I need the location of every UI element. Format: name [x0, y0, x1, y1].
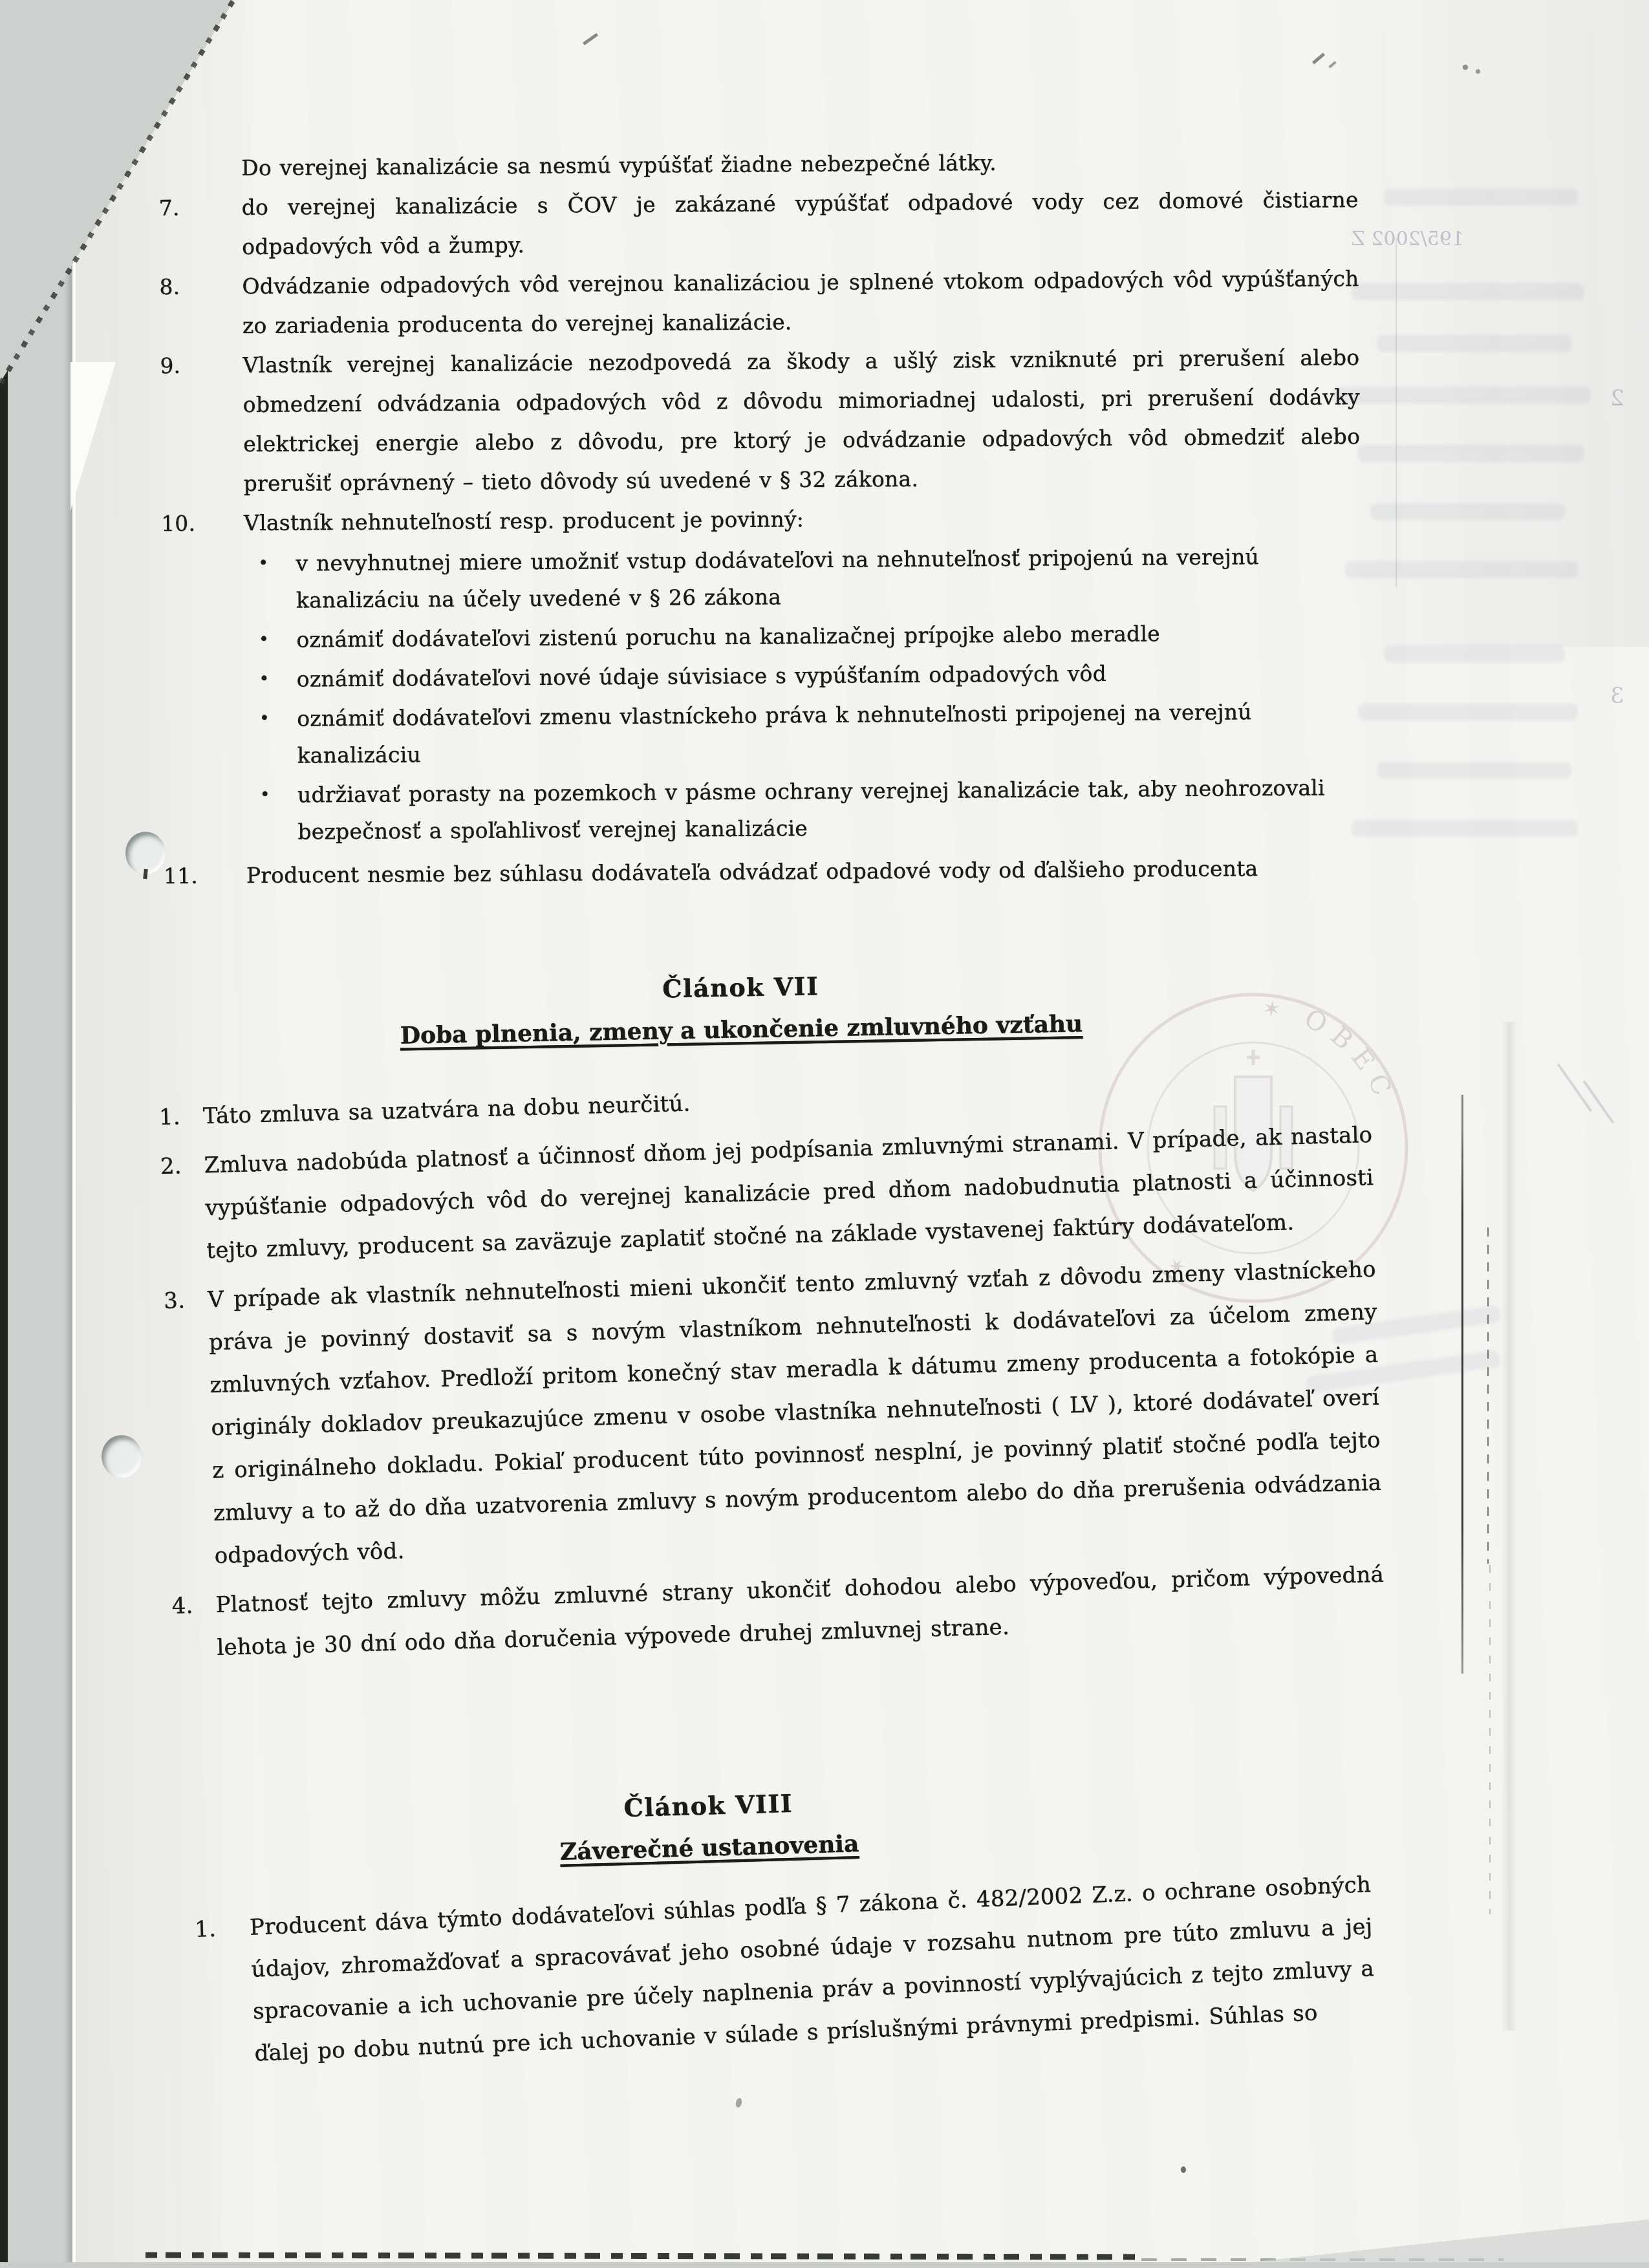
bullet-text: v nevyhnutnej miere umožniť vstup dodáva… [296, 537, 1361, 618]
article-7-item-2: 2. Zmluva nadobúda platnosť a účinnosť d… [160, 1114, 1375, 1273]
bleedthrough-smudge [1384, 645, 1565, 662]
bullet-item: • oznámiť dodávateľovi zistenú poruchu n… [162, 614, 1361, 659]
list-item-text: Odvádzanie odpadových vôd verejnou kanal… [242, 259, 1359, 345]
bleedthrough-smudge [1377, 335, 1571, 352]
bleedthrough-smudge [1377, 762, 1571, 779]
bullet-text: oznámiť dodávateľovi nové údaje súvisiac… [297, 653, 1362, 697]
scan-speck [1181, 2166, 1186, 2173]
list-item-text: Vlastník verejnej kanalizácie nezodpoved… [242, 338, 1361, 503]
list-item-text: do verejnej kanalizácie s ČOV je zakázan… [241, 180, 1359, 266]
bleedthrough-number: 3 [1610, 683, 1624, 709]
list-item-number: 1. [158, 1095, 204, 1139]
list-item-number: 9. [160, 345, 242, 385]
bleedthrough-smudge [1358, 704, 1578, 720]
bullet-icon: • [260, 777, 298, 850]
list-item-number: 2. [160, 1144, 205, 1188]
scanned-contract-page: 195/2002 Z 2 3 OBEC ✶ [0, 0, 1649, 2268]
obligation-bullets: • v nevyhnutnej miere umožniť vstup dodá… [161, 537, 1363, 851]
bullet-item: • oznámiť dodávateľovi nové údaje súvisi… [162, 653, 1362, 698]
bullet-text: oznámiť dodávateľovi zmenu vlastníckeho … [297, 693, 1363, 773]
bullet-item: • oznámiť dodávateľovi zmenu vlastníckeh… [162, 693, 1363, 775]
scan-speck [1463, 65, 1468, 70]
bleedthrough-line [1396, 238, 1397, 587]
list-item-number [158, 148, 241, 149]
bleedthrough-smudge [1352, 820, 1578, 837]
paper-crease-shadow [1502, 1022, 1517, 2031]
article-7-items: 1. Táto zmluva sa uzatvára na dobu neurč… [158, 1064, 1386, 1677]
scan-speck [1476, 69, 1480, 74]
bullet-icon: • [259, 700, 297, 774]
list-item-text: Zmluva nadobúda platnosť a účinnosť dňom… [204, 1114, 1375, 1272]
list-item-text: Vlastník nehnuteľností resp. producent j… [244, 495, 1361, 543]
list-item-11: 11. Producent nesmie bez súhlasu dodávat… [164, 848, 1363, 896]
list-item-number: 8. [159, 266, 242, 307]
vertical-crease-line [1461, 1095, 1463, 1674]
bleedthrough-number: 2 [1610, 385, 1624, 411]
list-item-text: V prípade ak vlastník nehnuteľnosti mien… [207, 1248, 1383, 1577]
list-item-number: 1. [194, 1907, 250, 1951]
bleedthrough-smudge [1371, 503, 1565, 520]
punch-hole [102, 1435, 142, 1478]
bullet-item: • v nevyhnutnej miere umožniť vstup dodá… [161, 537, 1361, 620]
list-item-7: 7. do verejnej kanalizácie s ČOV je zaká… [158, 180, 1359, 267]
list-item-text: Producent nesmie bez súhlasu dodávateľa … [246, 848, 1363, 895]
bleedthrough-smudge [1332, 387, 1591, 404]
continued-obligations-list: Do verejnej kanalizácie sa nesmú vypúšťa… [158, 140, 1363, 896]
bullet-text: udržiavať porasty na pozemkoch v pásme o… [297, 769, 1363, 850]
bleedthrough-smudge [1358, 445, 1584, 462]
bullet-icon: • [259, 621, 296, 658]
vertical-crease-dashes [1489, 1565, 1491, 1914]
bullet-icon: • [259, 661, 297, 698]
article-7-item-3: 3. V prípade ak vlastník nehnuteľnosti m… [163, 1248, 1383, 1579]
punch-hole [125, 832, 166, 874]
list-item-number: 7. [158, 188, 241, 228]
bleedthrough-smudge [1352, 283, 1584, 300]
vertical-crease-dashes [1487, 1227, 1489, 1564]
bleedthrough-text: 195/2002 Z [1352, 228, 1464, 250]
paper-edge-highlight [72, 0, 76, 2268]
bleedthrough-smudge [1345, 561, 1578, 578]
list-item-number: 4. [171, 1584, 217, 1628]
list-item-number: 10. [161, 503, 244, 543]
bullet-icon: • [258, 545, 296, 619]
list-item-number: 11. [164, 856, 246, 896]
list-item-number: 3. [163, 1279, 208, 1323]
bullet-text: oznámiť dodávateľovi zistenú poruchu na … [296, 614, 1361, 658]
list-item-10: 10. Vlastník nehnuteľností resp. produce… [161, 495, 1361, 543]
list-item-8: 8. Odvádzanie odpadových vôd verejnou ka… [159, 259, 1359, 346]
list-item-9: 9. Vlastník verejnej kanalizácie nezodpo… [160, 338, 1361, 504]
bleedthrough-smudge [1384, 189, 1578, 206]
bullet-item: • udržiavať porasty na pozemkoch v pásme… [163, 769, 1363, 851]
